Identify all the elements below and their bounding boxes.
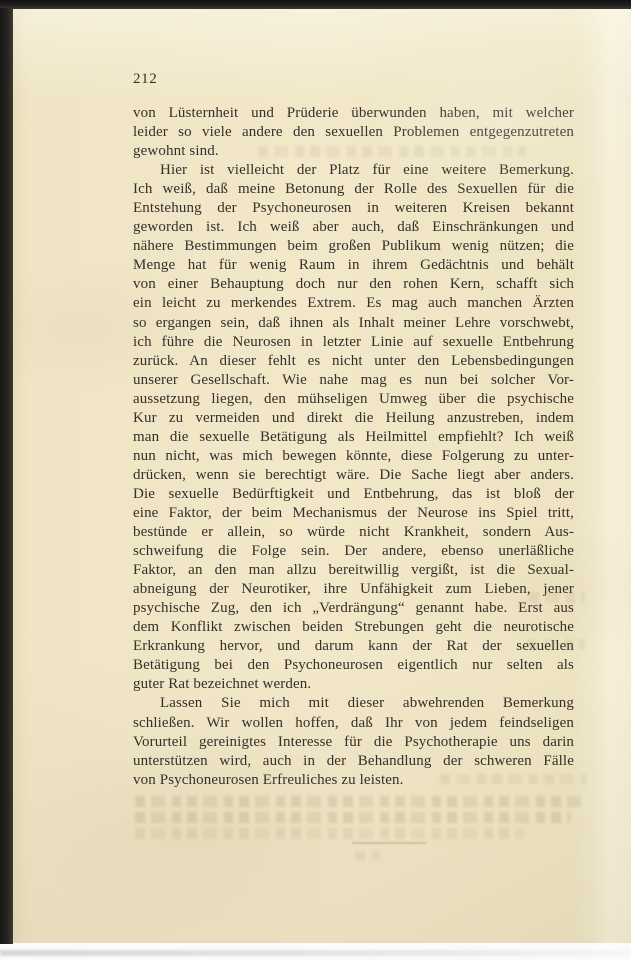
bleedthrough-rule xyxy=(352,842,426,844)
bleedthrough-ghost xyxy=(135,812,571,823)
text-line: so ergangen sein, daß ihnen als Inhalt m… xyxy=(133,314,574,333)
text-line: unterstützen wird, auch in der Behandlun… xyxy=(133,752,574,771)
text-line: man die sexuelle Betätigung als Heilmitt… xyxy=(133,428,574,447)
text-line: bestünde er allein, so würde nicht Krank… xyxy=(133,523,574,542)
bleedthrough-ghost xyxy=(135,796,583,807)
text-line: dem Konflikt zwischen beiden Strebungen … xyxy=(133,618,574,637)
bleedthrough-ghost xyxy=(258,146,526,157)
text-line: unserer Gesellschaft. Wie nahe mag es nu… xyxy=(133,371,574,390)
scan-edge-top xyxy=(0,0,631,9)
text-line: Vorurteil gereinigtes Interesse für die … xyxy=(133,733,574,752)
bleedthrough-ghost xyxy=(527,639,585,650)
text-line: Erkrankung hervor, und darum kann der Ra… xyxy=(133,637,574,656)
text-line: Lassen Sie mich mit dieser abwehrenden B… xyxy=(133,694,574,713)
text-line: Entstehung der Psychoneurosen in weitere… xyxy=(133,199,574,218)
text-line: geworden ist. Ich weiß aber auch, daß Ei… xyxy=(133,218,574,237)
text-line: nähere Bestimmungen beim großen Publikum… xyxy=(133,237,574,256)
bleedthrough-ghost xyxy=(529,592,585,603)
text-line: ein leicht zu merkendes Extrem. Es mag a… xyxy=(133,294,574,313)
book-page: 212 von Lüsternheit und Prüderie überwun… xyxy=(13,9,631,943)
scanned-book-page: 212 von Lüsternheit und Prüderie überwun… xyxy=(0,0,631,960)
text-line: Hier ist vielleicht der Platz für eine w… xyxy=(133,161,574,180)
text-line: Die sexuelle Bedürftigkeit und Entbehrun… xyxy=(133,485,574,504)
text-line: guter Rat bezeichnet werden. xyxy=(133,675,574,694)
text-line: psychische Zug, den ich „Verdrängung“ ge… xyxy=(133,599,574,618)
scan-edge-bottom xyxy=(0,950,631,956)
text-line: nun nicht, was mich bewegen könnte, dies… xyxy=(133,447,574,466)
text-block: von Lüsternheit und Prüderie überwunden … xyxy=(133,104,574,790)
bleedthrough-ghost xyxy=(135,828,525,839)
text-line: schließen. Wir wollen hoffen, daß Ihr vo… xyxy=(133,714,574,733)
text-line: eine Faktor, der beim Mechanismus der Ne… xyxy=(133,504,574,523)
text-line: von einer Behauptung doch nur den rohen … xyxy=(133,275,574,294)
text-line: zurück. An dieser fehlt es nicht unter d… xyxy=(133,352,574,371)
bleedthrough-ghost xyxy=(355,851,381,860)
bleedthrough-ghost xyxy=(440,774,586,784)
scan-edge-left xyxy=(0,8,13,944)
text-line: leider so viele andere den sexuellen Pro… xyxy=(133,123,574,142)
text-line: Ich weiß, daß meine Betonung der Rolle d… xyxy=(133,180,574,199)
text-line: Faktor, an den man allzu bereitwillig ve… xyxy=(133,561,574,580)
text-line: drücken, wenn sie berechtigt wäre. Die S… xyxy=(133,466,574,485)
page-number: 212 xyxy=(133,71,157,88)
text-line: ich führe die Neurosen in letzter Linie … xyxy=(133,333,574,352)
text-line: von Lüsternheit und Prüderie überwunden … xyxy=(133,104,574,123)
text-line: Menge hat für wenig Raum in ihrem Gedäch… xyxy=(133,256,574,275)
text-line: abneigung der Neurotiker, ihre Unfähigke… xyxy=(133,580,574,599)
text-line: aussetzung liegen, den mühseligen Umweg … xyxy=(133,390,574,409)
text-line: Betätigung bei den Psychoneurosen eigent… xyxy=(133,656,574,675)
text-line: Kur zu vermeiden und direkt die Heilung … xyxy=(133,409,574,428)
text-line: schweifung die Folge sein. Der andere, e… xyxy=(133,542,574,561)
